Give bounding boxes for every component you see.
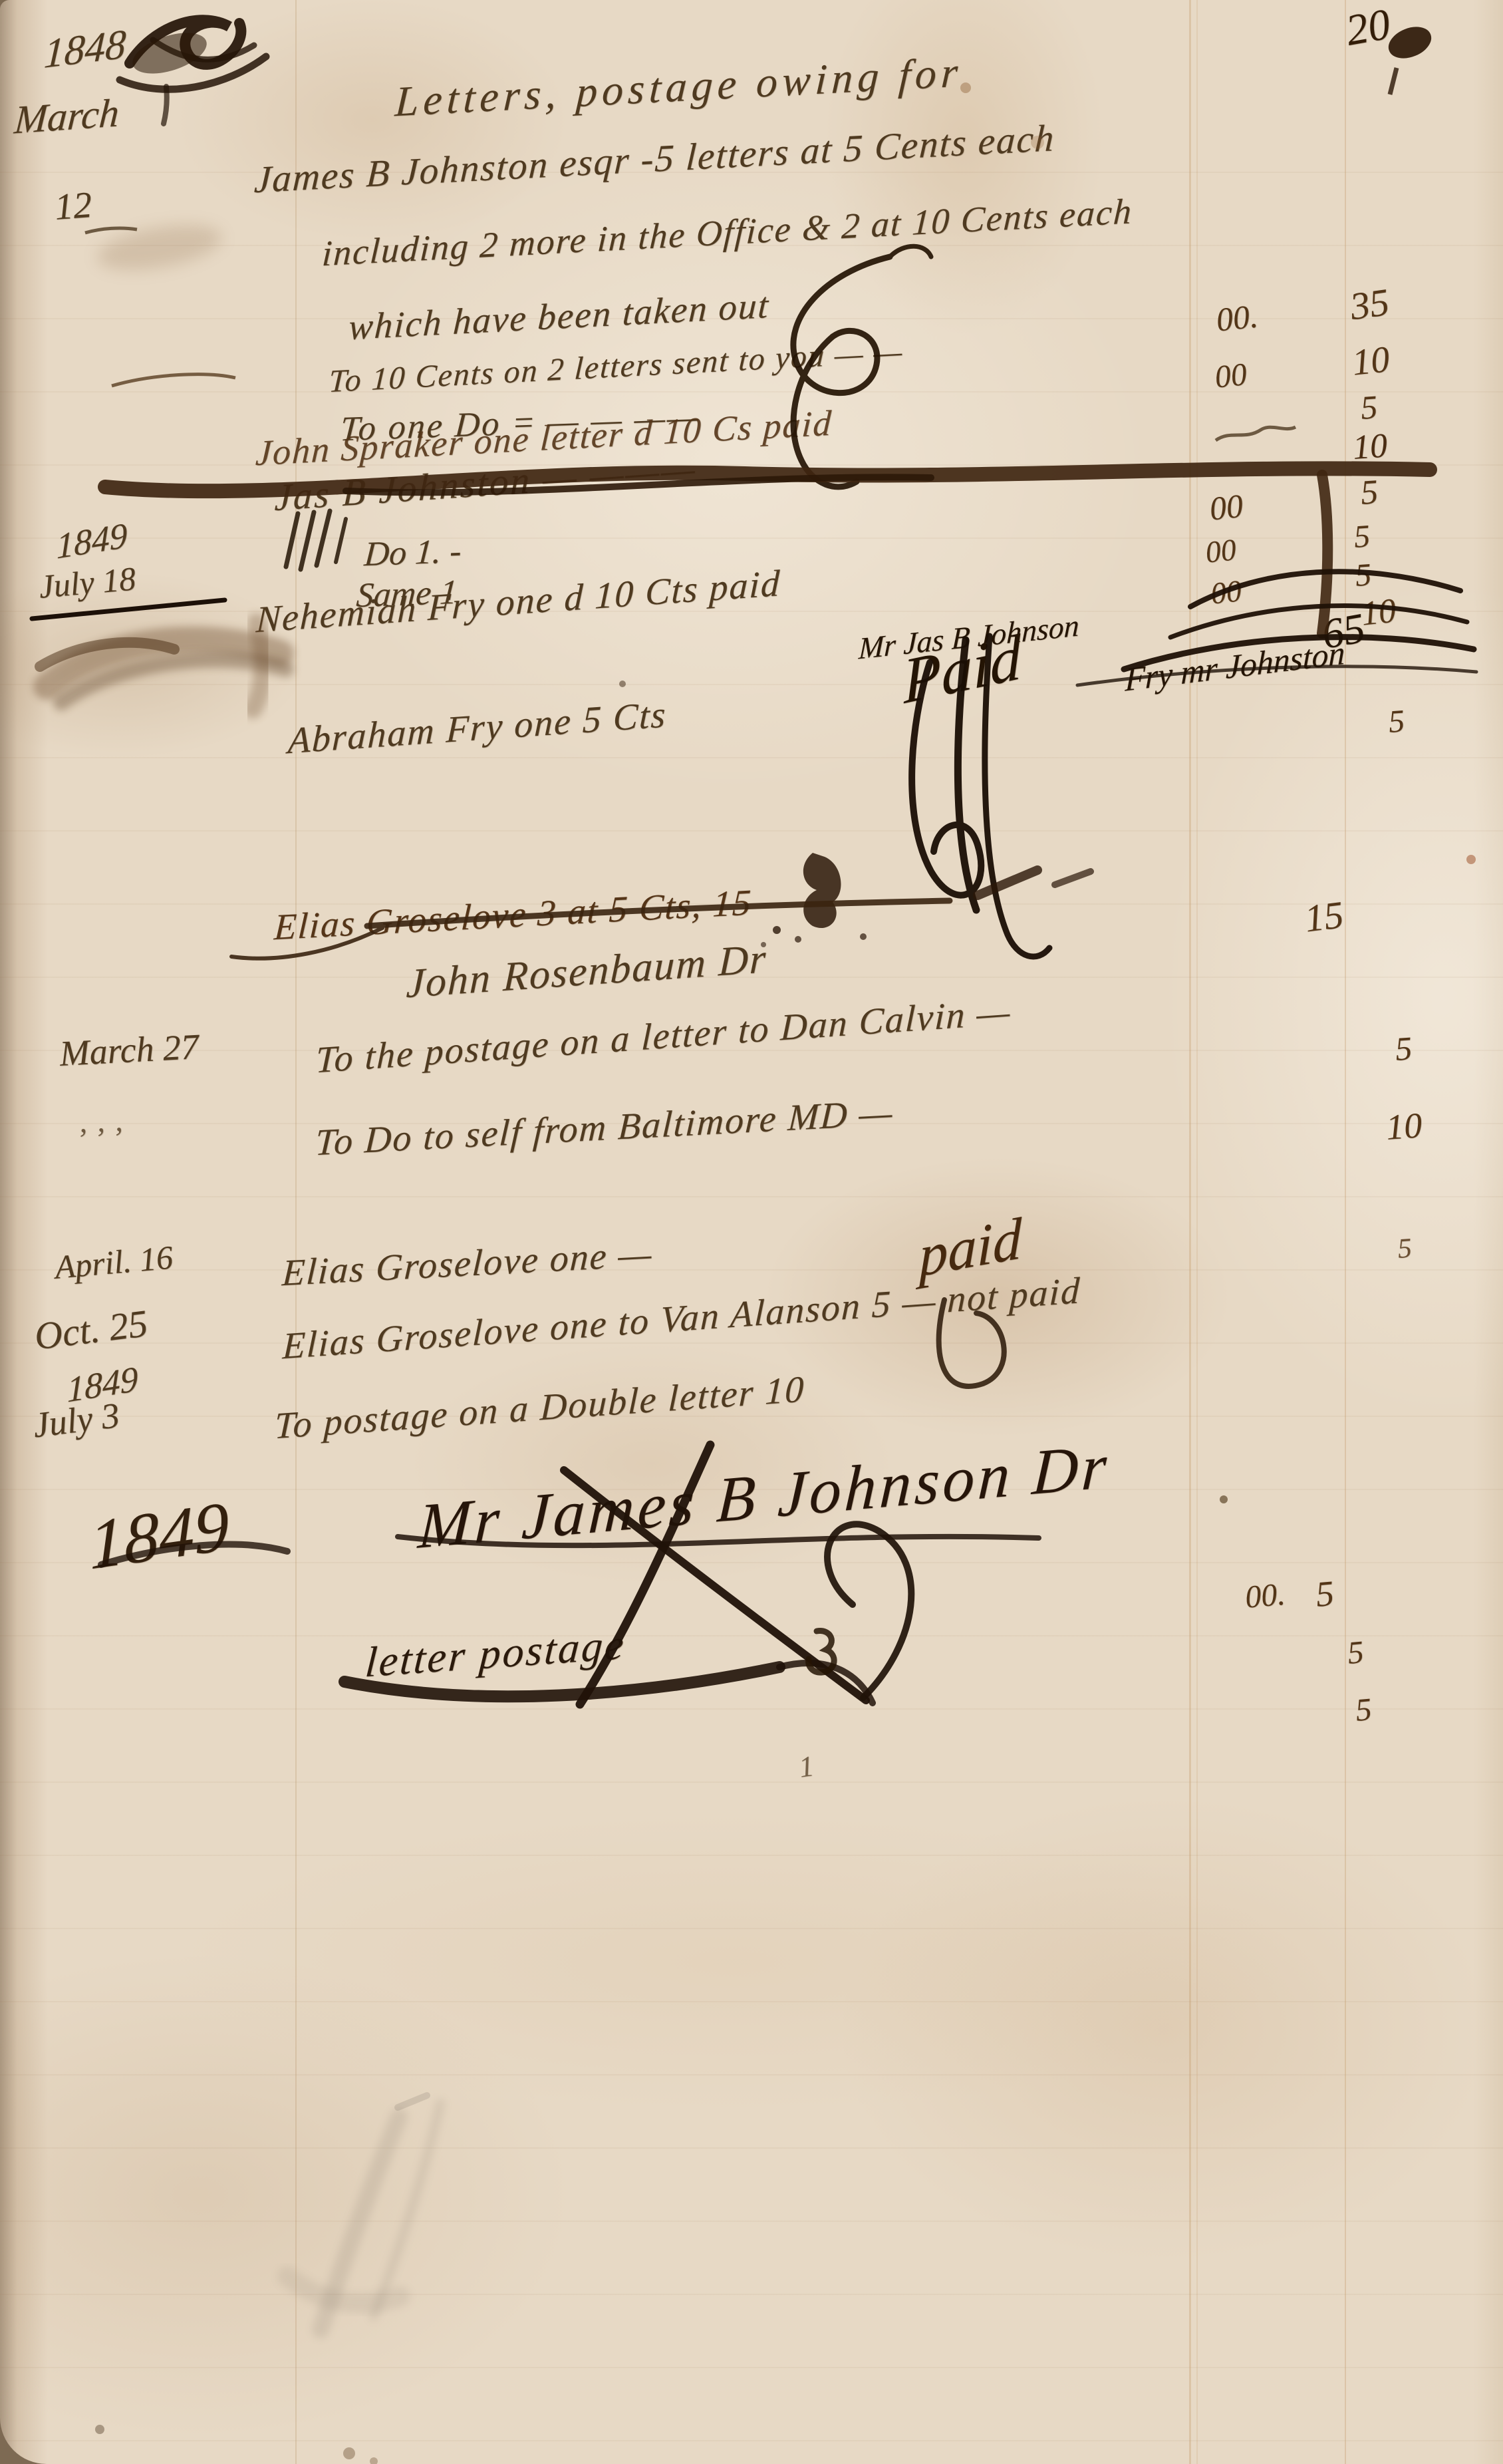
stray-mark-1: 1	[797, 1749, 816, 1785]
entry-line: Abraham Fry one 5 Cts	[287, 693, 668, 762]
top-left-ink-blot	[120, 20, 266, 124]
dollars-squiggle	[1216, 427, 1296, 440]
amount-cents: 10	[1385, 1104, 1423, 1148]
amount-cents: 5	[1359, 472, 1379, 513]
page-number-blot	[1385, 21, 1436, 94]
smudge-under-12	[94, 217, 225, 278]
page-title: Letters, postage owing for	[394, 47, 964, 126]
entry-line: Elias Groselove one —	[281, 1233, 654, 1295]
amount-cents: 5	[1346, 1634, 1365, 1672]
entry-line-letter-postage: letter postage	[364, 1620, 627, 1688]
entry-line: which have been taken out	[348, 284, 771, 348]
margin-day-12: 12	[53, 184, 93, 229]
entry-heading-rosenbaum: John Rosenbaum Dr	[406, 935, 768, 1008]
page-number-scrawl: 20	[1342, 0, 1394, 57]
amount-cents: 10	[1350, 338, 1391, 385]
entry-line: including 2 more in the Office & 2 at 10…	[321, 190, 1134, 274]
amount-cents: 5	[1359, 387, 1379, 427]
amount-cents: 15	[1302, 892, 1346, 941]
amount-cents: 5	[1387, 702, 1406, 740]
margin-date-march27: March 27	[59, 1026, 200, 1074]
dollars-column-rule-double	[1196, 0, 1198, 2464]
margin-month-march: March	[13, 90, 120, 144]
amount-cents: 5	[1314, 1573, 1335, 1615]
ledger-horizontal-ruling	[0, 100, 1503, 2464]
amount-cents: 5	[1354, 1691, 1373, 1729]
entry-heading-johnson-crossed: Mr James B Johnson Dr	[416, 1428, 1111, 1563]
amount-cents: 5	[1354, 556, 1373, 594]
jas-hatches	[286, 511, 346, 569]
amount-dollars: 00	[1208, 486, 1245, 528]
amount-cents-struck: 10	[1351, 426, 1389, 467]
pencil-smudges	[287, 2095, 440, 2330]
amount-dollars: 00	[1209, 573, 1243, 611]
margin-date-oct25: Oct. 25	[32, 1301, 150, 1358]
amount-dollars: 00	[1204, 532, 1238, 570]
dollars-column-rule	[1189, 0, 1191, 2464]
entry-line-struck-groselove: Elias Groselove 3 at 5 Cts, 15	[273, 881, 753, 948]
margin-date-july3: July 3	[31, 1394, 122, 1446]
entry-line: To postage on a Double letter 10	[274, 1368, 806, 1448]
entry-line: James B Johnston esqr -5 letters at 5 Ce…	[253, 116, 1056, 202]
margin-year-1848: 1848	[43, 21, 127, 78]
scrawl-names-fry-johnston: Fry mr Johnston	[1125, 633, 1345, 698]
dash-under-12	[85, 228, 137, 233]
margin-ditto-marks: ‚ ‚ ‚	[77, 1103, 124, 1140]
amount-dollars: 00.	[1244, 1576, 1287, 1616]
margin-rule-line	[295, 0, 297, 2464]
margin-year-1849: 1849	[56, 514, 128, 567]
amount-dollars: 00	[1213, 356, 1248, 396]
amount-cents: 5	[1353, 518, 1371, 555]
margin-date-july18-struck: July 18	[37, 559, 137, 605]
margin-date-april16: April. 16	[53, 1238, 174, 1287]
cents-column-rule	[1345, 0, 1346, 2464]
amount-cents: 35	[1347, 279, 1392, 329]
margin-smudge	[40, 623, 286, 709]
ledger-page: 20 1848 March 12 1849 July 18 March 27 ‚…	[0, 0, 1503, 2464]
ink-blot-8-and-dots	[761, 853, 1091, 947]
amount-cents: 5	[1394, 1028, 1413, 1068]
amount-cents: 5	[1397, 1233, 1413, 1265]
amount-cents-struck: 10	[1359, 591, 1398, 634]
amount-dollars: 00.	[1214, 296, 1260, 339]
blot-3	[809, 1631, 834, 1673]
entry-line: To Do to self from Baltimore MD —	[315, 1091, 894, 1164]
margin-year-1849-large: 1849	[88, 1485, 230, 1586]
entry-line: Nehemiah Fry one d 10 Cts paid	[255, 562, 781, 641]
entry-line: Do 1. -	[363, 532, 463, 574]
leading-dash	[112, 375, 235, 386]
